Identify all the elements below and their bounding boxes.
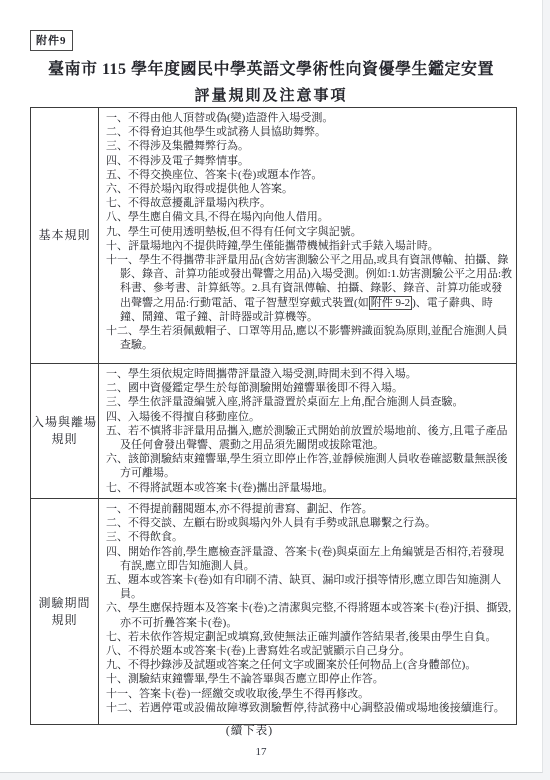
rule-item: 七、若未依作答規定劃記或填寫,致使無法正確判讀作答結果者,後果由學生自負。	[106, 630, 513, 644]
attachment-badge: 附件9	[30, 30, 73, 51]
rule-item: 四、開始作答前,學生應檢查評量證、答案卡(卷)與桌面左上角編號是否相符,若發現有…	[106, 545, 513, 573]
rule-item: 十一、學生不得攜帶非評量用品(含妨害測驗公平之用品,或具有資訊傳輸、拍攝、錄影、…	[106, 253, 513, 324]
table-row-basic-rules: 基本規則 一、不得由他人頂替或偽(變)造證件入場受測。二、不得脅迫其他學生或試務…	[31, 108, 517, 364]
rule-item: 一、不得由他人頂替或偽(變)造證件入場受測。	[106, 111, 513, 125]
rule-item: 五、題本或答案卡(卷)如有印刷不清、缺頁、漏印或汙損等情形,應立即告知施測人員。	[106, 573, 513, 601]
rule-item: 二、國中資優鑑定學生於每節測驗開始鐘響畢後即不得入場。	[106, 381, 513, 395]
table-row-during-test-rules: 測驗期間 規則 一、不得提前翻閱題本,亦不得提前書寫、劃記、作答。二、不得交談、…	[31, 499, 517, 725]
section-label-basic-rules: 基本規則	[31, 108, 99, 364]
rule-item: 四、入場後不得擅自移動座位。	[106, 410, 513, 424]
rule-item: 十、測驗結束鐘響畢,學生不論答畢與否應立即停止作答。	[106, 672, 513, 686]
document-page: 附件9 臺南市 115 學年度國民中學英語文學術性向資優學生鑑定安置 評量規則及…	[0, 0, 543, 773]
entry-exit-rules-list: 一、學生須依規定時間攜帶評量證入場受測,時間未到不得入場。二、國中資優鑑定學生於…	[100, 365, 515, 495]
during-test-rules-list: 一、不得提前翻閱題本,亦不得提前書寫、劃記、作答。二、不得交談、左顧右盼或與場內…	[100, 500, 515, 715]
rule-item: 六、該節測驗結束鐘響畢,學生須立即停止作答,並靜候施測人員收卷確認數量無誤後方可…	[106, 452, 513, 480]
rule-item: 八、學生應自備文具,不得在場內向他人借用。	[106, 210, 513, 224]
page-subtitle: 評量規則及注意事項	[0, 84, 542, 105]
section-content-during-test-rules: 一、不得提前翻閱題本,亦不得提前書寫、劃記、作答。二、不得交談、左顧右盼或與場內…	[99, 499, 517, 725]
section-label-entry-exit-rules: 入場與離場 規則	[31, 364, 99, 499]
rule-item: 六、學生應保持題本及答案卡(卷)之清潔與完整,不得將題本或答案卡(卷)汙損、撕毀…	[106, 601, 513, 629]
rule-item: 七、不得將試題本或答案卡(卷)攜出評量場地。	[106, 481, 513, 495]
document-viewer: 附件9 臺南市 115 學年度國民中學英語文學術性向資優學生鑑定安置 評量規則及…	[0, 0, 550, 780]
page-title: 臺南市 115 學年度國民中學英語文學術性向資優學生鑑定安置	[0, 56, 542, 79]
rule-item: 四、不得涉及電子舞弊情事。	[106, 154, 513, 168]
rule-item: 十、評量場地內不提供時鐘,學生僅能攜帶機械指針式手錶入場計時。	[106, 239, 513, 253]
rule-item: 一、不得提前翻閱題本,亦不得提前書寫、劃記、作答。	[106, 502, 513, 516]
rule-item: 十一、答案卡(卷)一經繳交或收取後,學生不得再修改。	[106, 687, 513, 701]
rule-item: 二、不得脅迫其他學生或試務人員協助舞弊。	[106, 125, 513, 139]
rule-item: 十二、若遇停電或設備故障導致測驗暫停,待試務中心調整設備或場地後接續進行。	[106, 701, 513, 715]
rule-item: 二、不得交談、左顧右盼或與場內外人員有手勢或訊息聯繫之行為。	[106, 516, 513, 530]
rule-item: 五、不得交換座位、答案卡(卷)或題本作答。	[106, 168, 513, 182]
rules-table: 基本規則 一、不得由他人頂替或偽(變)造證件入場受測。二、不得脅迫其他學生或試務…	[30, 107, 517, 725]
rule-item: 七、不得故意擾亂評量場內秩序。	[106, 196, 513, 210]
attachment-9-2-reference: 附件 9-2	[369, 296, 412, 310]
section-content-basic-rules: 一、不得由他人頂替或偽(變)造證件入場受測。二、不得脅迫其他學生或試務人員協助舞…	[99, 108, 517, 364]
rule-item: 三、不得飲食。	[106, 530, 513, 544]
rule-item: 八、不得於題本或答案卡(卷)上書寫姓名或記號顯示自己身分。	[106, 644, 513, 658]
page-number: 17	[0, 746, 522, 758]
rule-item: 十二、學生若須佩戴帽子、口罩等用品,應以不影響辨識面貌為原則,並配合施測人員查驗…	[106, 324, 513, 352]
rule-item: 三、不得涉及集體舞弊行為。	[106, 139, 513, 153]
rule-item: 六、不得於場內取得或提供他人答案。	[106, 182, 513, 196]
rule-item: 九、不得抄錄涉及試題或答案之任何文字或圖案於任何物品上(含身體部位)。	[106, 658, 513, 672]
continued-next-table-note: (續下表)	[6, 722, 493, 738]
rule-item: 九、學生可使用透明墊板,但不得有任何文字與記號。	[106, 225, 513, 239]
section-label-during-test-rules: 測驗期間 規則	[31, 499, 99, 725]
basic-rules-list: 一、不得由他人頂替或偽(變)造證件入場受測。二、不得脅迫其他學生或試務人員協助舞…	[100, 109, 515, 352]
section-content-entry-exit-rules: 一、學生須依規定時間攜帶評量證入場受測,時間未到不得入場。二、國中資優鑑定學生於…	[99, 364, 517, 499]
table-row-entry-exit-rules: 入場與離場 規則 一、學生須依規定時間攜帶評量證入場受測,時間未到不得入場。二、…	[31, 364, 517, 499]
rule-item: 一、學生須依規定時間攜帶評量證入場受測,時間未到不得入場。	[106, 367, 513, 381]
rule-item: 五、若不慎將非評量用品攜入,應於測驗正式開始前放置於場地前、後方,且電子產品及任…	[106, 424, 513, 452]
rule-item: 三、學生依評量證編號入座,將評量證置於桌面左上角,配合施測人員查驗。	[106, 395, 513, 409]
